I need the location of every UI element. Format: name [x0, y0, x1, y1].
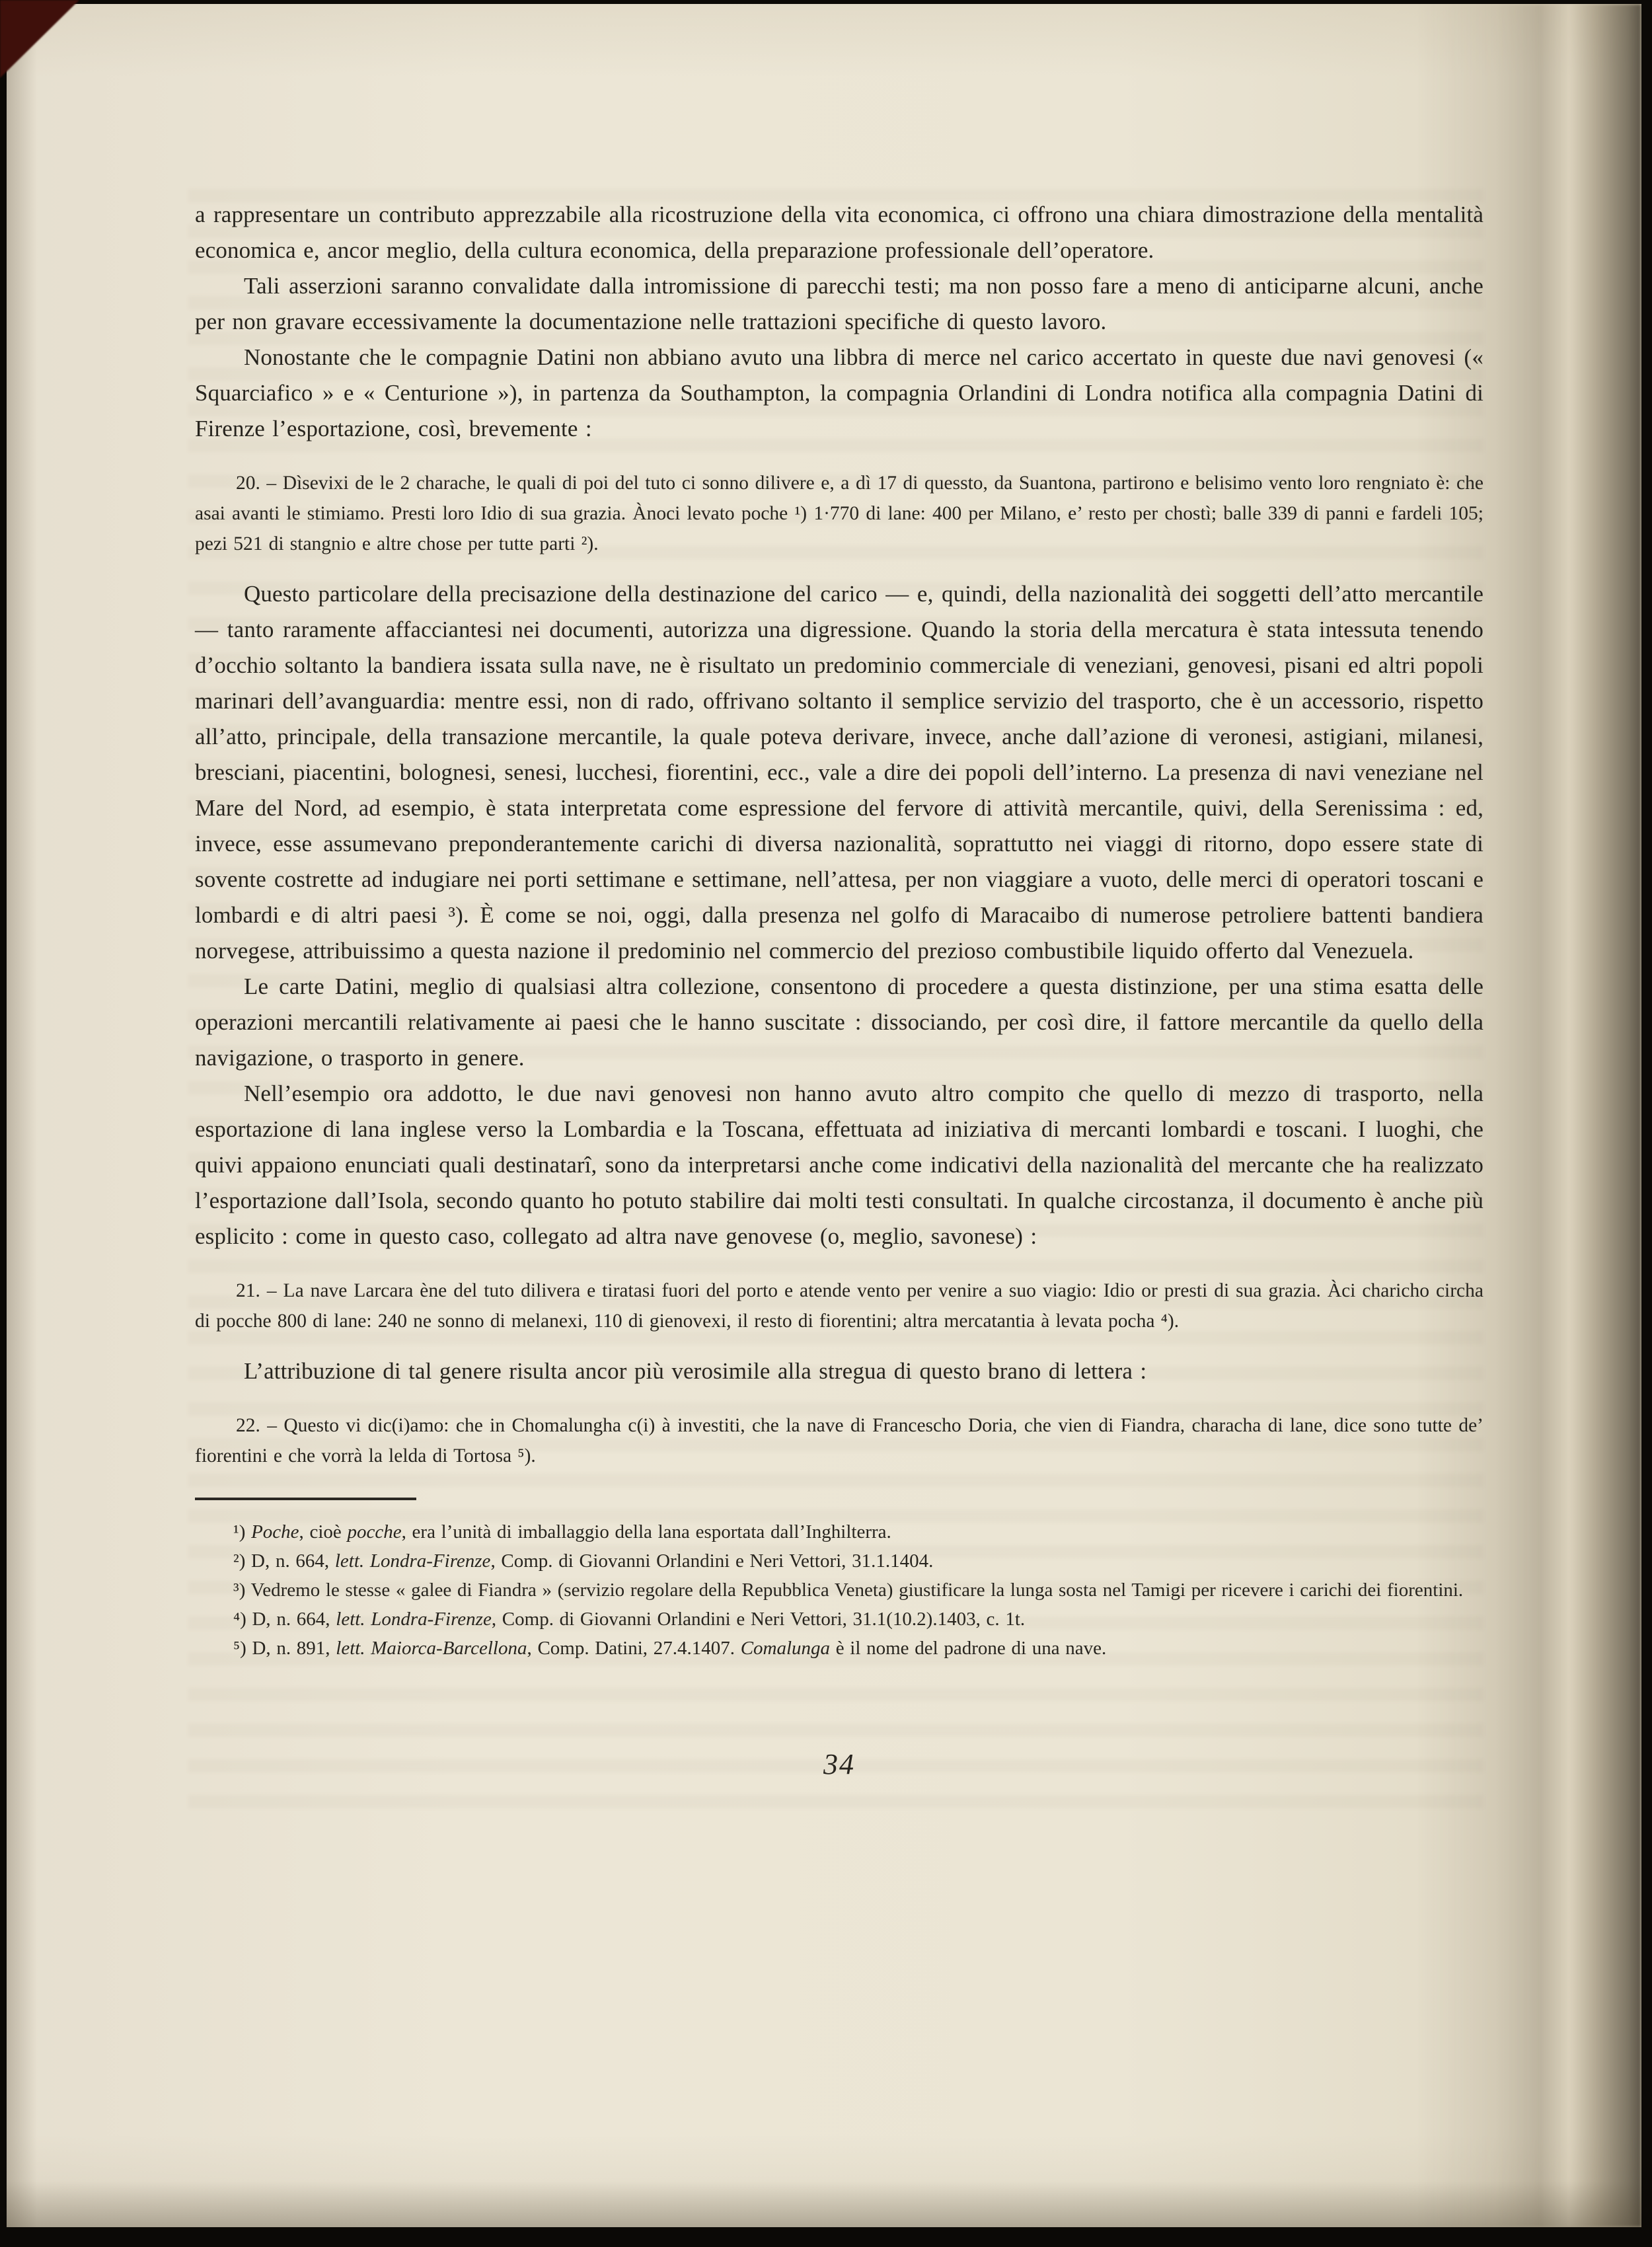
footnote-text: ³) Vedremo le stesse « galee di Fiandra … — [233, 1580, 1463, 1601]
footnote-5: ⁵) D, n. 891, lett. Maiorca-Barcellona, … — [195, 1634, 1483, 1663]
footnote-4: ⁴) D, n. 664, lett. Londra-Firenze, Comp… — [195, 1605, 1483, 1634]
body-paragraph: L’attribuzione di tal genere risulta anc… — [195, 1353, 1483, 1389]
transcription-quote-21: 21. – La nave Larcara ène del tuto diliv… — [195, 1276, 1483, 1336]
footnote-text-italic: lett. Londra-Firenze — [336, 1609, 492, 1630]
body-paragraph: Questo particolare della precisazione de… — [195, 576, 1483, 969]
left-edge-shadow — [7, 4, 37, 2227]
transcription-quote-22: 22. – Questo vi dic(i)amo: che in Chomal… — [195, 1410, 1483, 1471]
footnote-3: ³) Vedremo le stesse « galee di Fiandra … — [195, 1576, 1483, 1605]
corner-stain — [0, 0, 79, 78]
footnote-separator-rule — [195, 1498, 416, 1500]
footnote-text-italic: lett. Maiorca-Barcellona — [336, 1638, 527, 1659]
footnote-text: , Comp. di Giovanni Orlandini e Neri Vet… — [490, 1550, 933, 1572]
page-content: a rappresentare un contributo apprezzabi… — [195, 197, 1483, 1781]
bottom-edge-shadow — [7, 2181, 1641, 2227]
footnote-text: è il nome del padrone di una nave. — [830, 1638, 1106, 1659]
scanned-book-page: a rappresentare un contributo apprezzabi… — [7, 4, 1641, 2227]
transcription-quote-20: 20. – Dìsevixi de le 2 charache, le qual… — [195, 468, 1483, 559]
footnote-text-italic: Comalunga — [741, 1638, 830, 1659]
footnote-1: ¹) Poche, cioè pocche, era l’unità di im… — [195, 1517, 1483, 1546]
body-paragraph: Nonostante che le compagnie Datini non a… — [195, 340, 1483, 447]
footnote-text-italic: lett. Londra-Firenze — [335, 1550, 491, 1572]
footnote-text-italic: Poche — [251, 1521, 299, 1542]
body-paragraph: Tali asserzioni saranno convalidate dall… — [195, 268, 1483, 340]
body-paragraph: Nell’esempio ora addotto, le due navi ge… — [195, 1076, 1483, 1254]
footnote-text: , Comp. di Giovanni Orlandini e Neri Vet… — [492, 1609, 1025, 1630]
footnote-text: ⁴) D, n. 664, — [233, 1609, 336, 1630]
footnote-text: , cioè — [299, 1521, 348, 1542]
footnote-text: ⁵) D, n. 891, — [233, 1638, 336, 1659]
body-paragraph: a rappresentare un contributo apprezzabi… — [195, 197, 1483, 268]
footnote-2: ²) D, n. 664, lett. Londra-Firenze, Comp… — [195, 1546, 1483, 1576]
page-number: 34 — [195, 1747, 1483, 1781]
body-paragraph: Le carte Datini, meglio di qualsiasi alt… — [195, 969, 1483, 1076]
footnote-text: ²) D, n. 664, — [233, 1550, 335, 1572]
footnote-text: , era l’unità di imballaggio della lana … — [402, 1521, 891, 1542]
footnote-text: ¹) — [233, 1521, 251, 1542]
footnote-text-italic: pocche — [347, 1521, 401, 1542]
footnote-text: , Comp. Datini, 27.4.1407. — [527, 1638, 741, 1659]
